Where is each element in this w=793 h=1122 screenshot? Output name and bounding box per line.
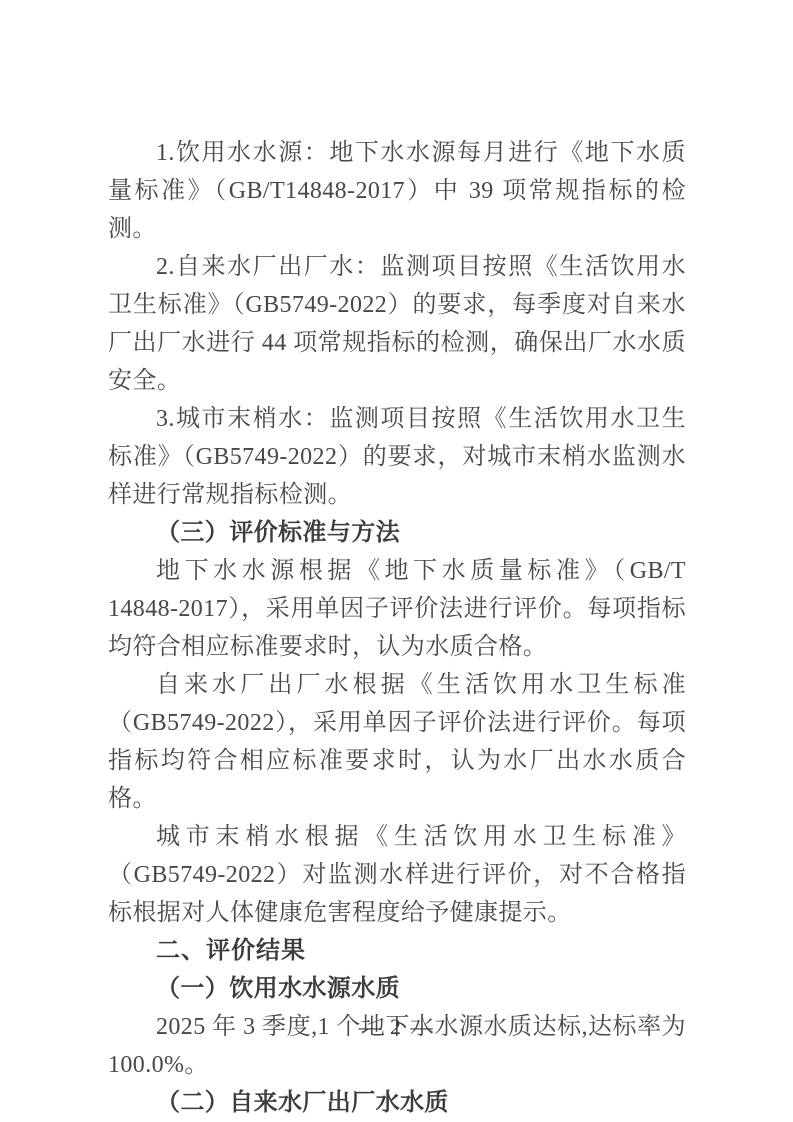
- para-terminal-water-evaluation-method: 城市末梢水根据《生活饮用水卫生标准》（GB5749-2022）对监测水样进行评价…: [108, 818, 686, 932]
- heading-source-water-quality: （一）饮用水水源水质: [108, 970, 686, 1008]
- para-monitoring-drinking-water-source: 1.饮用水水源：地下水水源每月进行《地下水质量标准》（GB/T14848-201…: [108, 134, 686, 248]
- page-content: 1.饮用水水源：地下水水源每月进行《地下水质量标准》（GB/T14848-201…: [108, 134, 686, 1122]
- para-monitoring-tap-terminal-water: 3.城市末梢水：监测项目按照《生活饮用水卫生标准》（GB5749-2022）的要…: [108, 400, 686, 514]
- document-page: 1.饮用水水源：地下水水源每月进行《地下水质量标准》（GB/T14848-201…: [0, 0, 793, 1122]
- para-waterworks-evaluation-method: 自来水厂出厂水根据《生活饮用水卫生标准（GB5749-2022），采用单因子评价…: [108, 666, 686, 818]
- heading-waterworks-outlet-quality: （二）自来水厂出厂水水质: [108, 1084, 686, 1122]
- para-groundwater-evaluation-method: 地下水水源根据《地下水质量标准》（GB/T 14848-2017），采用单因子评…: [108, 552, 686, 666]
- heading-evaluation-standard-method: （三）评价标准与方法: [108, 514, 686, 552]
- heading-evaluation-results: 二、评价结果: [108, 932, 686, 970]
- page-number: — 2 —: [0, 1012, 793, 1042]
- para-monitoring-waterworks-outlet: 2.自来水厂出厂水：监测项目按照《生活饮用水卫生标准》（GB5749-2022）…: [108, 248, 686, 400]
